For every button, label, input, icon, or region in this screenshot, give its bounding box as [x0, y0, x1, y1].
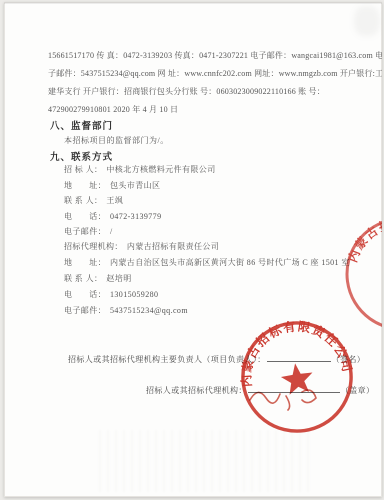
row-label: 招 标 人：: [64, 165, 102, 174]
row-label: 地 址：: [64, 181, 106, 190]
contact-row-tenderer-email: 电子邮件：/: [64, 224, 374, 240]
scanned-document-page: 15661517170 传 真：0472-3139203 传真：0471-230…: [0, 0, 384, 500]
row-value: 5437515234@qq.com: [110, 306, 188, 315]
section-heading-contact: 九、联系方式: [50, 149, 113, 163]
supervision-body-text: 本招标项目的监督部门为/。: [64, 135, 169, 146]
carryover-line: 15661517170 传 真：0472-3139203 传真：0471-230…: [48, 47, 374, 65]
contact-row-tenderer-person: 联 系 人：王飒: [64, 193, 374, 209]
agency-stamp-label: 招标人或其招标代理机构：: [146, 386, 247, 395]
row-value: 包头市青山区: [110, 181, 160, 190]
row-label: 电 话：: [64, 290, 106, 299]
row-value: 中核北方核燃料元件有限公司: [106, 165, 215, 174]
row-value: 13015059280: [110, 290, 158, 299]
carryover-line: 子邮件：5437515234@qq.com 网 址：www.cnnfc202.c…: [48, 65, 374, 83]
contact-row-tenderer-phone: 电 话：0472-3139779: [64, 209, 374, 225]
contact-row-agency-person: 联 系 人：赵培明: [64, 271, 374, 287]
handwritten-signature-stroke: [242, 370, 352, 414]
tenderer-contact-block: 招 标 人：中核北方核燃料元件有限公司 地 址：包头市青山区 联 系 人：王飒 …: [64, 162, 374, 240]
contact-row-agency-phone: 电 话：13015059280: [64, 287, 374, 303]
row-label: 电 话：: [64, 212, 106, 221]
row-value: 内蒙古自治区包头市高新区黄河大街 86 号时代广场 C 座 1501 室: [110, 258, 350, 267]
row-value: 王飒: [106, 196, 123, 205]
contact-row-agency-address: 地 址：内蒙古自治区包头市高新区黄河大街 86 号时代广场 C 座 1501 室: [64, 255, 374, 271]
row-label: 招标代理机构：: [64, 242, 123, 251]
scan-edge-shadow: [4, 2, 382, 4]
section-heading-supervision: 八、监督部门: [50, 118, 113, 132]
row-value: 0472-3139779: [110, 212, 161, 221]
contact-row-agency-name: 招标代理机构：内蒙古招标有限责任公司: [64, 239, 374, 255]
row-label: 联 系 人：: [64, 196, 102, 205]
row-value: 赵培明: [106, 274, 131, 283]
paper-sheet: 15661517170 传 真：0472-3139203 传真：0471-230…: [4, 2, 382, 497]
row-label: 联 系 人：: [64, 274, 102, 283]
bleed-through-texture: [99, 430, 309, 492]
row-value: /: [110, 227, 113, 236]
row-label: 电子邮件：: [64, 306, 106, 315]
contact-row-tenderer-name: 招 标 人：中核北方核燃料元件有限公司: [64, 162, 374, 178]
contact-row-tenderer-address: 地 址：包头市青山区: [64, 178, 374, 194]
carryover-line: 建华支行 开户银行：招商银行包头分行账 号：060302300902211016…: [48, 83, 374, 101]
scan-corner-smudge: [354, 6, 380, 36]
row-label: 电子邮件：: [64, 227, 106, 236]
carryover-paragraph: 15661517170 传 真：0472-3139203 传真：0471-230…: [48, 47, 374, 119]
row-value: 内蒙古招标有限责任公司: [127, 242, 219, 251]
agency-contact-block: 招标代理机构：内蒙古招标有限责任公司 地 址：内蒙古自治区包头市高新区黄河大街 …: [64, 239, 374, 319]
row-label: 地 址：: [64, 258, 106, 267]
carryover-line: 472900279910801 2020 年 4 月 10 日: [48, 101, 374, 119]
